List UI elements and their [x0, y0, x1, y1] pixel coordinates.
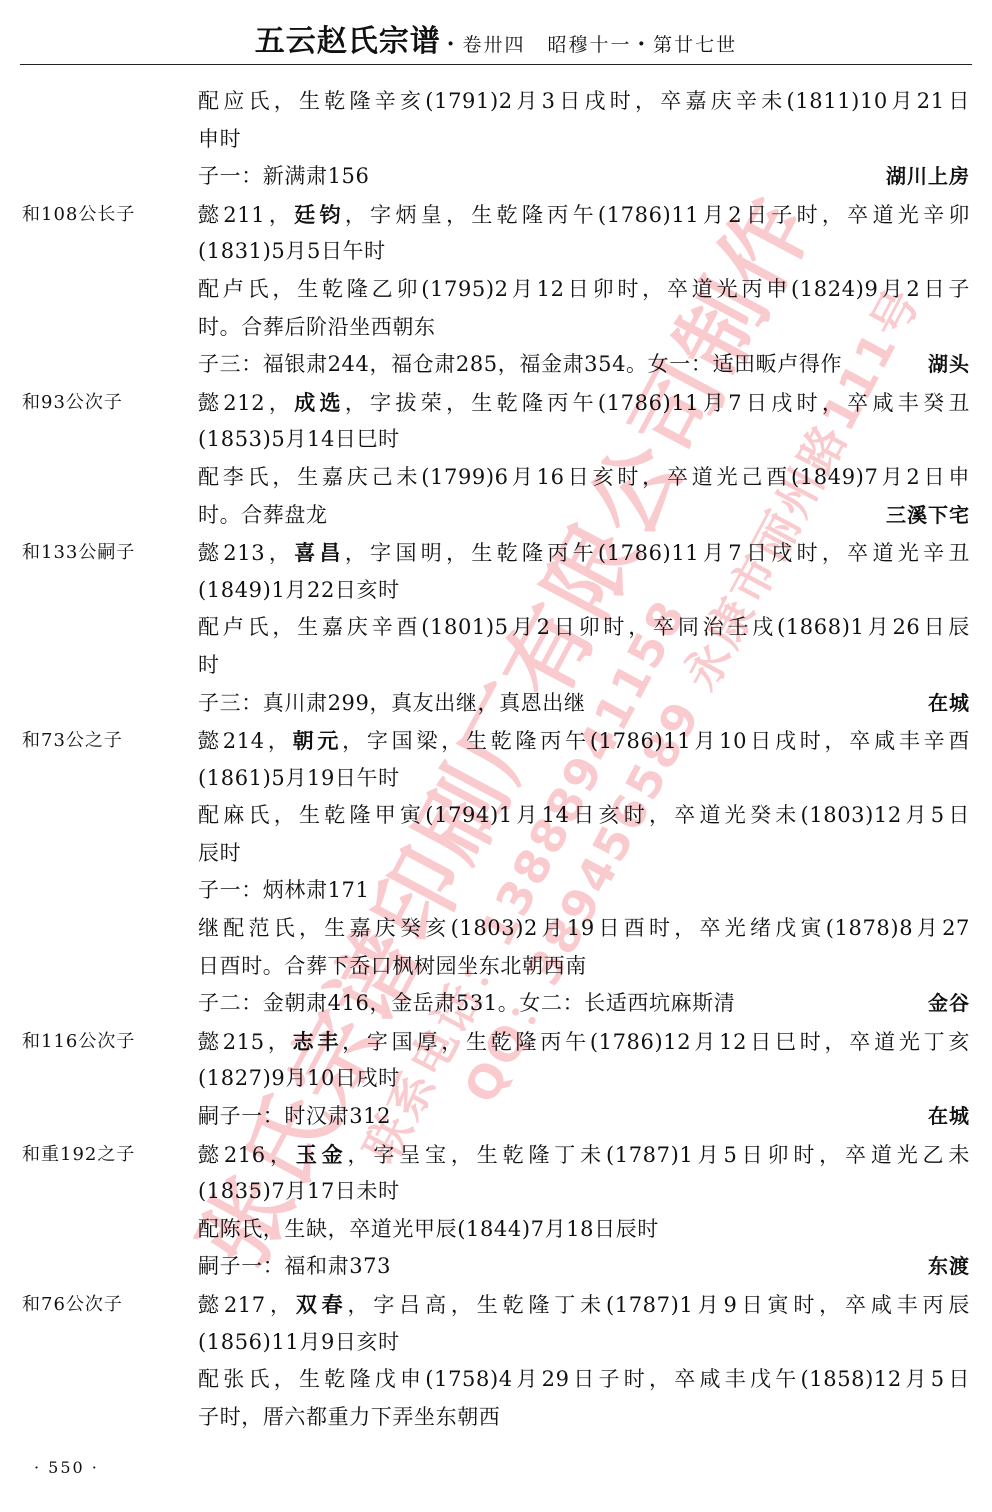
entry-details: ，字呈宝，生乾隆丁未(1787)1月5日卯时，卒道光乙未 — [348, 1143, 970, 1167]
entry-line: 子三：真川肃299，真友出继，真恩出继在城 — [0, 685, 992, 723]
residence-place: 在城 — [928, 1098, 970, 1136]
entry-text: (1853)5月14日巳时 — [198, 421, 400, 459]
entry-line: 配陈氏，生缺，卒道光甲辰(1844)7月18日辰时 — [0, 1211, 992, 1249]
entry-text: 配应氏，生乾隆辛亥(1791)2月3日戌时，卒嘉庆辛未(1811)10月21日 — [198, 83, 970, 121]
entry-head-line: 和108公长子懿211，廷钧，字炳皇，生乾隆丙午(1786)11月2日子时，卒道… — [0, 196, 992, 234]
entry-details: ，字炳皇，生乾隆丙午(1786)11月2日子时，卒道光辛卯 — [345, 203, 970, 227]
person-name: 双春 — [296, 1292, 348, 1317]
entry-text: 配陈氏，生缺，卒道光甲辰(1844)7月18日辰时 — [198, 1211, 659, 1249]
entry-line: 子三：福银肃244，福仓肃285，福金肃354。女一：适田畈卢得作湖头 — [0, 346, 992, 384]
entry-line: 继配范氏，生嘉庆癸亥(1803)2月19日酉时，卒光绪戊寅(1878)8月27 — [0, 910, 992, 948]
entry-line: 时。合葬后阶沿坐西朝东 — [0, 309, 992, 347]
entry-details: ，字吕高，生乾隆丁未(1787)1月9日寅时，卒咸丰丙辰 — [348, 1293, 970, 1317]
person-name: 志丰 — [293, 1029, 343, 1054]
entry-text: 懿215，志丰，字国厚，生乾隆丙午(1786)12月12日巳时，卒道光丁亥 — [198, 1023, 970, 1062]
entry-text: 子三：真川肃299，真友出继，真恩出继 — [198, 685, 585, 723]
entry-head-line: 和76公次子懿217，双春，字吕高，生乾隆丁未(1787)1月9日寅时，卒咸丰丙… — [0, 1286, 992, 1324]
entry-text: (1835)7月17日未时 — [198, 1173, 400, 1211]
book-title: 五云赵氏宗谱 — [255, 24, 441, 59]
lineage-note: 和133公嗣子 — [22, 534, 135, 572]
entry-line: 配卢氏，生乾隆乙卯(1795)2月12日卯时，卒道光丙申(1824)9月2日子 — [0, 271, 992, 309]
entry-text: 子时，厝六都重力下弄坐东朝西 — [198, 1399, 500, 1437]
entry-line: 嗣子一：时汉肃312在城 — [0, 1098, 992, 1136]
person-name: 廷钧 — [294, 202, 345, 227]
entry-text: (1861)5月19日午时 — [198, 760, 400, 798]
entry-text: (1849)1月22日亥时 — [198, 572, 400, 610]
entry-line: 配麻氏，生乾隆甲寅(1794)1月14日亥时，卒道光癸未(1803)12月5日 — [0, 797, 992, 835]
entry-line: 时。合葬盘龙三溪下宅 — [0, 497, 992, 535]
entry-line: 配张氏，生乾隆戊申(1758)4月29日子时，卒咸丰戊午(1858)12月5日 — [0, 1361, 992, 1399]
residence-place: 三溪下宅 — [886, 497, 970, 535]
entry-line: (1861)5月19日午时 — [0, 760, 992, 798]
entry-line: 申时 — [0, 121, 992, 159]
residence-place: 湖头 — [928, 346, 970, 384]
entry-line: 配卢氏，生嘉庆辛酉(1801)5月2日卯时，卒同治壬戌(1868)1月26日辰 — [0, 609, 992, 647]
section-label: 昭穆十一 — [547, 34, 631, 56]
entry-details: ，字国厚，生乾隆丙午(1786)12月12日巳时，卒道光丁亥 — [342, 1030, 970, 1054]
lineage-note: 和116公次子 — [22, 1023, 135, 1061]
entry-prefix: 懿216， — [198, 1143, 296, 1167]
entry-text: 继配范氏，生嘉庆癸亥(1803)2月19日酉时，卒光绪戊寅(1878)8月27 — [198, 910, 970, 948]
entry-details: ，字拔荣，生乾隆丙午(1786)11月7日戌时，卒咸丰癸丑 — [345, 391, 970, 415]
entry-prefix: 懿213， — [198, 541, 294, 565]
entry-line: (1856)11月9日亥时 — [0, 1324, 992, 1362]
entry-text: 嗣子一：时汉肃312 — [198, 1098, 391, 1136]
entry-details: ，字国明，生乾隆丙午(1786)11月7日戌时，卒道光辛丑 — [345, 541, 970, 565]
residence-place: 在城 — [928, 685, 970, 723]
entry-prefix: 懿211， — [198, 203, 294, 227]
entry-line: 子二：金朝肃416，金岳肃531。女二：长适西坑麻斯清金谷 — [0, 985, 992, 1023]
entry-text: (1831)5月5日午时 — [198, 233, 386, 271]
entry-prefix: 懿214， — [198, 729, 293, 753]
entry-text: 时。合葬后阶沿坐西朝东 — [198, 309, 436, 347]
entry-text: 时。合葬盘龙 — [198, 497, 328, 535]
entry-text: 子二：金朝肃416，金岳肃531。女二：长适西坑麻斯清 — [198, 985, 735, 1023]
entry-head-line: 和93公次子懿212，成选，字拔荣，生乾隆丙午(1786)11月7日戌时，卒咸丰… — [0, 384, 992, 422]
lineage-note: 和93公次子 — [22, 384, 123, 422]
page-number: · 550 · — [34, 1458, 99, 1477]
header-divider — [20, 64, 972, 65]
entry-text: 时 — [198, 647, 220, 685]
entry-line: 配李氏，生嘉庆己未(1799)6月16日亥时，卒道光己酉(1849)7月2日申 — [0, 459, 992, 497]
entry-text: 申时 — [198, 121, 241, 159]
entry-text: 辰时 — [198, 835, 241, 873]
entry-line: 日酉时。合葬下岙口枫树园坐东北朝西南 — [0, 948, 992, 986]
entry-text: 懿211，廷钧，字炳皇，生乾隆丙午(1786)11月2日子时，卒道光辛卯 — [198, 196, 970, 235]
entry-prefix: 懿212， — [198, 391, 294, 415]
residence-place: 金谷 — [928, 985, 970, 1023]
entry-line: (1835)7月17日未时 — [0, 1173, 992, 1211]
entry-text: 日酉时。合葬下岙口枫树园坐东北朝西南 — [198, 948, 587, 986]
lineage-note: 和重192之子 — [22, 1136, 135, 1174]
entry-text: 子一：新满肃156 — [198, 158, 369, 196]
entry-line: (1827)9月10日戌时 — [0, 1060, 992, 1098]
entry-text: 子三：福银肃244，福仓肃285，福金肃354。女一：适田畈卢得作 — [198, 346, 842, 384]
entry-line: (1853)5月14日巳时 — [0, 421, 992, 459]
entry-head-line: 和重192之子懿216，玉金，字呈宝，生乾隆丁未(1787)1月5日卯时，卒道光… — [0, 1136, 992, 1174]
entry-head-line: 和73公之子懿214，朝元，字国梁，生乾隆丙午(1786)11月10日戌时，卒咸… — [0, 722, 992, 760]
lineage-note: 和73公之子 — [22, 722, 123, 760]
entry-line: 辰时 — [0, 835, 992, 873]
person-name: 喜昌 — [294, 540, 345, 565]
entry-text: 懿212，成选，字拔荣，生乾隆丙午(1786)11月7日戌时，卒咸丰癸丑 — [198, 384, 970, 423]
entry-text: 配卢氏，生乾隆乙卯(1795)2月12日卯时，卒道光丙申(1824)9月2日子 — [198, 271, 970, 309]
entry-line: (1849)1月22日亥时 — [0, 572, 992, 610]
entry-head-line: 和133公嗣子懿213，喜昌，字国明，生乾隆丙午(1786)11月7日戌时，卒道… — [0, 534, 992, 572]
person-name: 朝元 — [293, 728, 343, 753]
volume-label: 卷卅四 — [462, 34, 525, 56]
entry-text: 配麻氏，生乾隆甲寅(1794)1月14日亥时，卒道光癸未(1803)12月5日 — [198, 797, 970, 835]
entry-text: 懿214，朝元，字国梁，生乾隆丙午(1786)11月10日戌时，卒咸丰辛酉 — [198, 722, 970, 761]
residence-place: 东渡 — [928, 1248, 970, 1286]
title-separator: · — [447, 31, 455, 57]
entry-prefix: 懿217， — [198, 1293, 296, 1317]
entry-line: 配应氏，生乾隆辛亥(1791)2月3日戌时，卒嘉庆辛未(1811)10月21日 — [0, 83, 992, 121]
entry-text: 配李氏，生嘉庆己未(1799)6月16日亥时，卒道光己酉(1849)7月2日申 — [198, 459, 970, 497]
entry-text: 配张氏，生乾隆戊申(1758)4月29日子时，卒咸丰戊午(1858)12月5日 — [198, 1361, 970, 1399]
entry-prefix: 懿215， — [198, 1030, 293, 1054]
lineage-note: 和108公长子 — [22, 196, 135, 234]
lineage-note: 和76公次子 — [22, 1286, 123, 1324]
genealogy-body: 配应氏，生乾隆辛亥(1791)2月3日戌时，卒嘉庆辛未(1811)10月21日申… — [0, 83, 992, 1436]
residence-place: 湖川上房 — [886, 158, 970, 196]
entry-text: 懿216，玉金，字呈宝，生乾隆丁未(1787)1月5日卯时，卒道光乙未 — [198, 1136, 970, 1175]
generation-label: 第廿七世 — [653, 34, 737, 56]
entry-text: 配卢氏，生嘉庆辛酉(1801)5月2日卯时，卒同治壬戌(1868)1月26日辰 — [198, 609, 970, 647]
entry-line: 子时，厝六都重力下弄坐东朝西 — [0, 1399, 992, 1437]
page-header: 五云赵氏宗谱·卷卅四昭穆十一·第廿七世 — [0, 16, 992, 64]
entry-head-line: 和116公次子懿215，志丰，字国厚，生乾隆丙午(1786)12月12日巳时，卒… — [0, 1023, 992, 1061]
entry-text: 子一：炳林肃171 — [198, 872, 369, 910]
entry-text: 懿217，双春，字吕高，生乾隆丁未(1787)1月9日寅时，卒咸丰丙辰 — [198, 1286, 970, 1325]
person-name: 玉金 — [296, 1142, 348, 1167]
entry-line: 嗣子一：福和肃373东渡 — [0, 1248, 992, 1286]
person-name: 成选 — [294, 390, 345, 415]
section-separator: · — [638, 31, 646, 57]
entry-text: (1856)11月9日亥时 — [198, 1324, 400, 1362]
entry-line: 时 — [0, 647, 992, 685]
entry-text: (1827)9月10日戌时 — [198, 1060, 400, 1098]
entry-line: 子一：炳林肃171 — [0, 872, 992, 910]
entry-line: 子一：新满肃156湖川上房 — [0, 158, 992, 196]
entry-text: 嗣子一：福和肃373 — [198, 1248, 391, 1286]
entry-line: (1831)5月5日午时 — [0, 233, 992, 271]
entry-details: ，字国梁，生乾隆丙午(1786)11月10日戌时，卒咸丰辛酉 — [342, 729, 970, 753]
entry-text: 懿213，喜昌，字国明，生乾隆丙午(1786)11月7日戌时，卒道光辛丑 — [198, 534, 970, 573]
